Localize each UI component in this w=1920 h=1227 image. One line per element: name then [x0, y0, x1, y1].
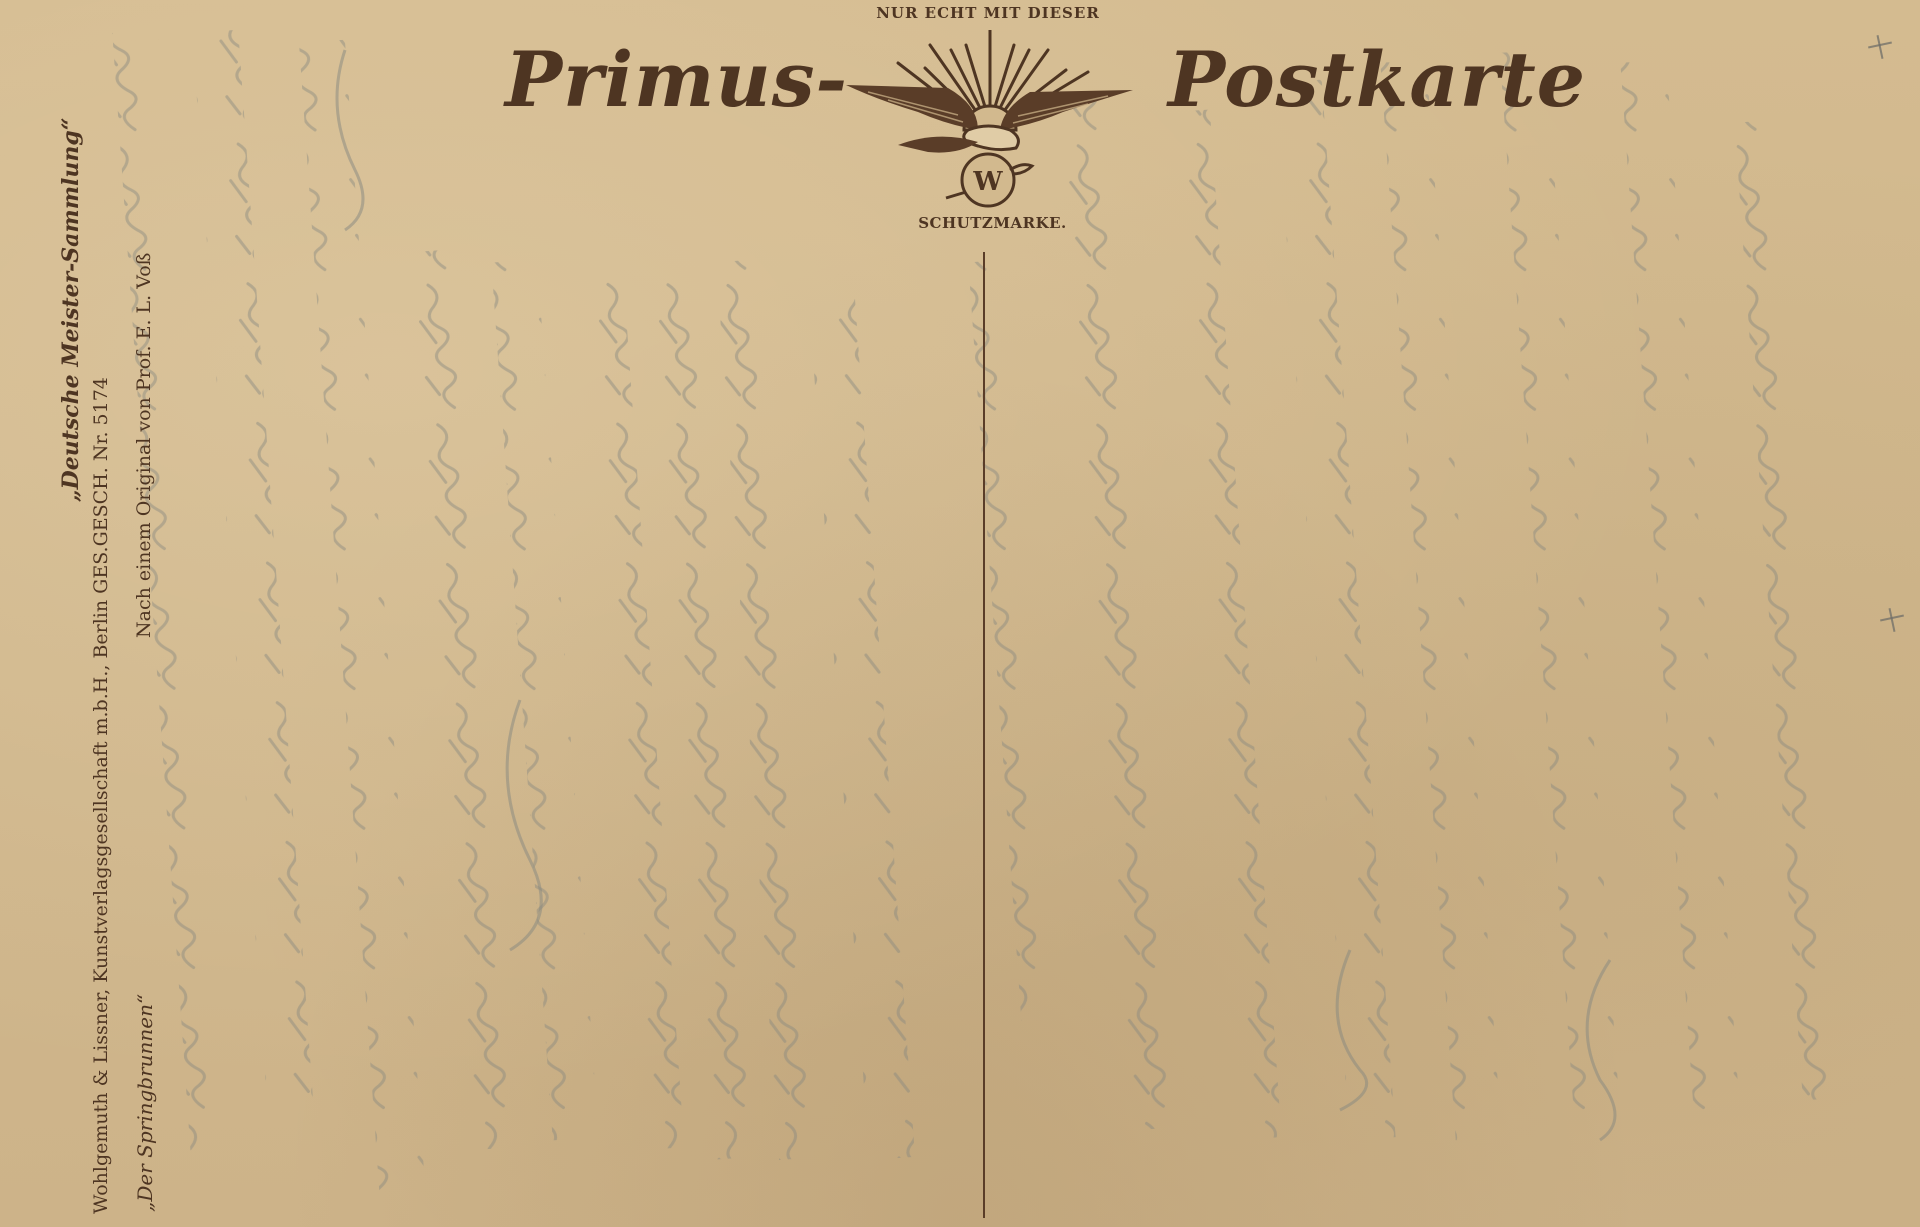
address-divider-line	[983, 252, 985, 1218]
artwork-title: „Der Springbrunnen“	[133, 994, 157, 1212]
title-primus: Primus-	[505, 42, 848, 118]
publisher-imprint: Wohlgemuth & Lissner, Kunstverlagsgesell…	[90, 377, 112, 1214]
artist-credit: Nach einem Original von Prof. E. L. Voß	[133, 253, 155, 638]
trademark-label: SCHUTZMARKE.	[880, 214, 1105, 232]
authenticity-notice: NUR ECHT MIT DIESER	[833, 4, 1143, 22]
title-postkarte: Postkarte	[1168, 42, 1586, 118]
eagle-sun-trademark-icon: W	[838, 30, 1138, 215]
pencil-cross-mark-middle	[1880, 608, 1904, 632]
svg-text:W: W	[972, 167, 1003, 197]
series-name: „Deutsche Meister-Sammlung“	[58, 118, 84, 502]
pencil-cross-mark-top	[1868, 35, 1892, 59]
